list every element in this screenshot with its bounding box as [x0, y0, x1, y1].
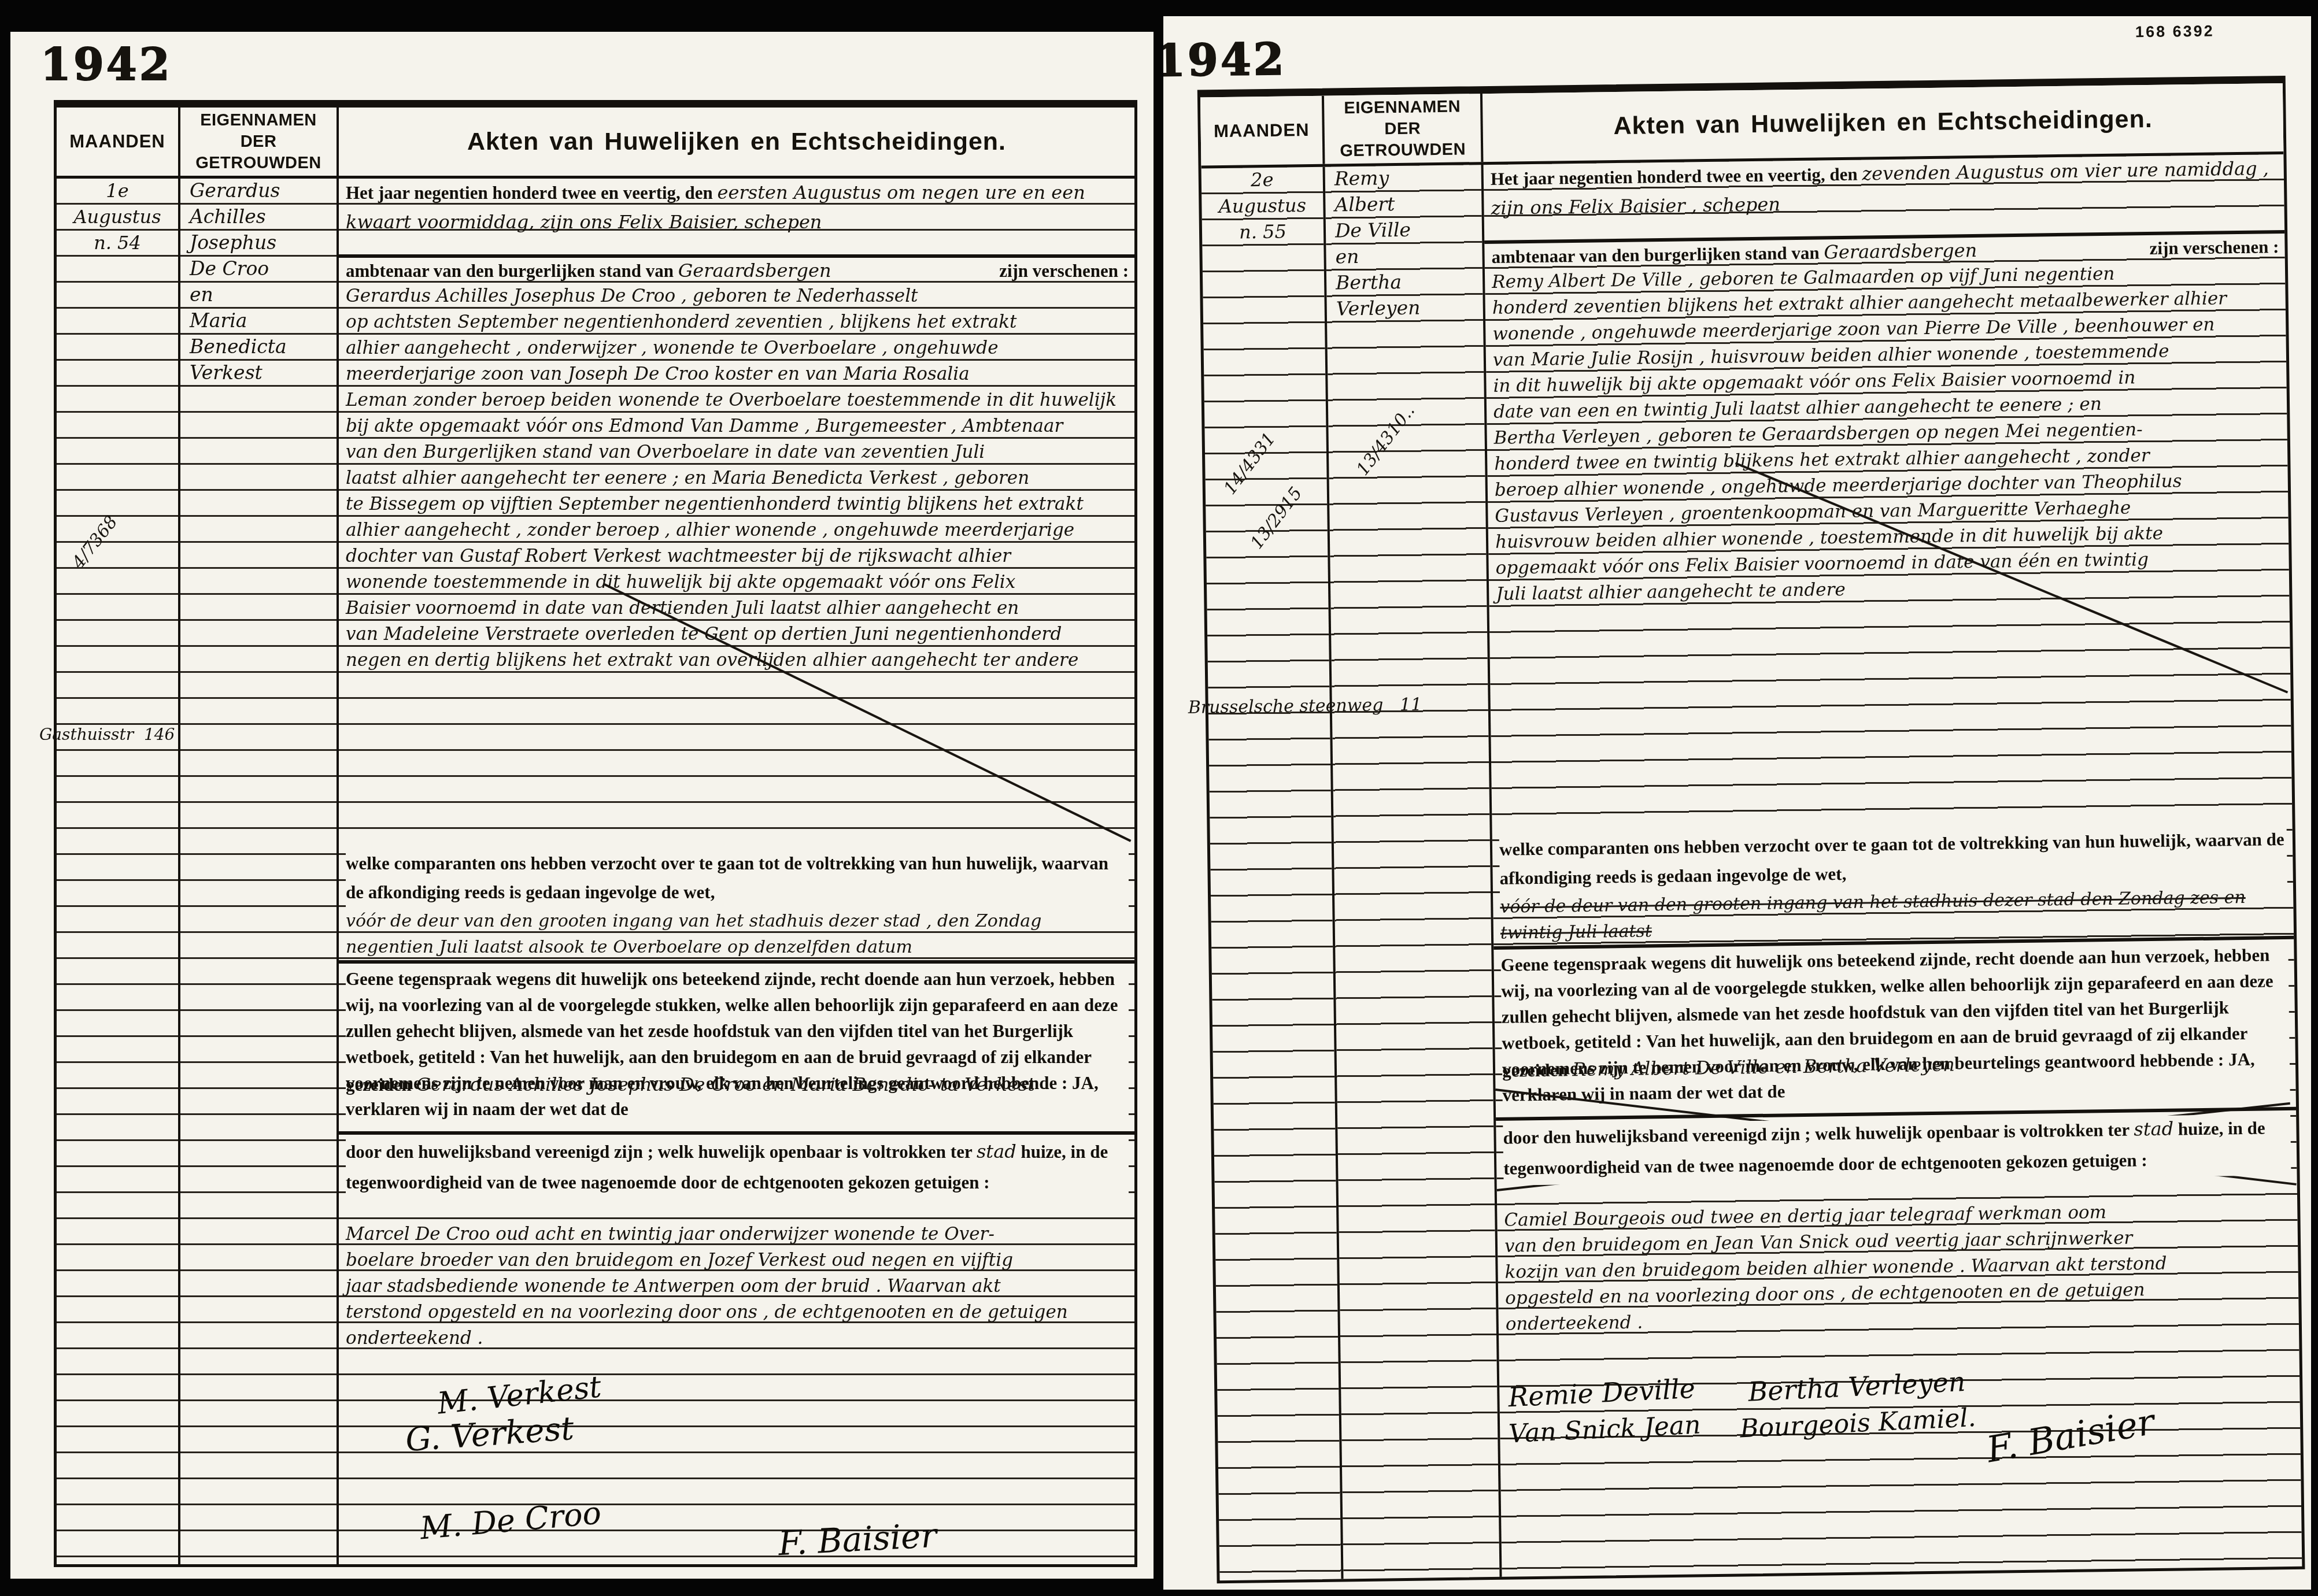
act-union-printed: door den huwelijksband vereenigd zijn ; …: [346, 1138, 1129, 1199]
officer-left: ambtenaar van den burgerlijken stand van…: [346, 258, 831, 284]
month-entry-line: n. 54: [57, 231, 178, 257]
act-column: Het jaar negentien honderd twee en veert…: [339, 179, 1134, 1564]
act-body-line: alhier aangehecht , zonder beroep , alhi…: [346, 518, 1129, 544]
act-body-line: op achtsten September negentienhonderd z…: [346, 310, 1129, 336]
register-page-left: 1942 MAANDEN EIGENNAMEN DER GETROUWDEN A…: [10, 32, 1154, 1579]
months-column: 2eAugustusn. 55: [1201, 167, 1344, 1581]
witness-line: boelare broeder van den bruidegom en Joz…: [346, 1248, 1129, 1274]
month-entry-line: 2e: [1201, 167, 1323, 195]
officer-printed-tail: zijn verschenen :: [999, 258, 1129, 284]
header-names: EIGENNAMEN DER GETROUWDEN: [180, 108, 339, 176]
act-body-line: dochter van Gustaf Robert Verkest wachtm…: [346, 544, 1129, 570]
officer-printed-text: ambtenaar van den burgerlijken stand van: [1491, 242, 1824, 267]
act-body-line: alhier aangehecht , onderwijzer , wonend…: [346, 336, 1129, 362]
month-entry-line: n. 55: [1202, 219, 1324, 247]
act-intro: Het jaar negentien honderd twee en veert…: [1491, 155, 2279, 225]
page-left-content: 1942 MAANDEN EIGENNAMEN DER GETROUWDEN A…: [10, 32, 1154, 1579]
union-printed-a: door den huwelijksband vereenigd zijn ; …: [346, 1142, 977, 1162]
register-page-right: 1942 168 6392 MAANDEN EIGENNAMEN DER GET…: [1163, 16, 2311, 1590]
signature-officer: F. Baisier: [1983, 1401, 2157, 1471]
table-body: 2eAugustusn. 55 RemyAlbertDe VilleenBert…: [1201, 154, 2302, 1580]
act-body-line: bij akte opgemaakt vóór ons Edmond Van D…: [346, 414, 1129, 440]
year-label: 1942: [40, 39, 172, 90]
act-body-line: laatst alhier aangehecht ter eenere ; en…: [346, 466, 1129, 492]
intro-printed-text: Het jaar negentien honderd twee en veert…: [1491, 164, 1862, 188]
months-column: 1eAugustusn. 54: [57, 179, 180, 1564]
union-place-fill: stad: [2134, 1118, 2173, 1140]
page-right-content: 1942 168 6392 MAANDEN EIGENNAMEN DER GET…: [1163, 16, 2311, 1590]
couple-name-line: Achilles: [180, 205, 337, 231]
consent-label: gezeiden: [1502, 1060, 1573, 1081]
margin-street-note: Gasthuisstr 146: [39, 725, 175, 744]
officer-place-fill: Geraardsbergen: [1824, 239, 1977, 263]
margin-street-note: Brusselsche steenweg 11: [1188, 695, 1422, 718]
intro-printed-text: Het jaar negentien honderd twee en veert…: [346, 183, 718, 203]
union-printed-a: door den huwelijksband vereenigd zijn ; …: [1503, 1119, 2134, 1147]
act-body-line: van den Burgerlijken stand van Overboela…: [346, 440, 1129, 466]
officer-printed-text: ambtenaar van den burgerlijken stand van: [346, 261, 678, 281]
act-request-fill: vóór de deur van den grooten ingang van …: [1500, 884, 2288, 946]
signature-bride: Bertha Verleyen: [1747, 1366, 1966, 1408]
act-body-line: Baisier voornoemd in date van dertienden…: [346, 596, 1129, 622]
register-table: MAANDEN EIGENNAMEN DER GETROUWDEN Akten …: [54, 100, 1137, 1567]
header-names-line2: DER GETROUWDEN: [180, 131, 337, 174]
couple-name-line: Josephus: [180, 231, 337, 257]
year-label: 1942: [1163, 34, 1286, 87]
act-body-line: Gerardus Achilles Josephus De Croo , geb…: [346, 284, 1129, 310]
header-months: MAANDEN: [1200, 96, 1325, 166]
header-names-line1: EIGENNAMEN: [1344, 96, 1461, 119]
act-witnesses-handwriting: Marcel De Croo oud acht en twintig jaar …: [346, 1222, 1129, 1352]
consent-label: gezeiden: [346, 1075, 416, 1095]
section-rule: [339, 1131, 1134, 1135]
act-union-printed: door den huwelijksband vereenigd zijn ; …: [1503, 1114, 2291, 1186]
table-header-row: MAANDEN EIGENNAMEN DER GETROUWDEN Akten …: [57, 108, 1134, 179]
couple-name-line: Albert: [1325, 191, 1482, 219]
header-names-line2: DER GETROUWDEN: [1324, 117, 1481, 162]
act-body-line: negen en dertig blijkens het extrakt van…: [346, 648, 1129, 674]
names-column: RemyAlbertDe VilleenBerthaVerleyen: [1325, 165, 1502, 1579]
signature-witness-1: Van Snick Jean: [1508, 1410, 1701, 1449]
table-body: 1eAugustusn. 54 GerardusAchillesJosephus…: [57, 179, 1134, 1564]
witness-line: Marcel De Croo oud acht en twintig jaar …: [346, 1222, 1129, 1248]
film-scan-canvas: { "scan": { "film_number": "168 6392", "…: [0, 0, 2318, 1596]
witness-line: terstond opgesteld en na voorlezing door…: [346, 1300, 1129, 1326]
signature-groom-family: G. Verkest: [404, 1410, 575, 1459]
act-request-fill: vóór de deur van den grooten ingang van …: [346, 908, 1129, 960]
witness-line: jaar stadsbediende wonende te Antwerpen …: [346, 1274, 1129, 1300]
month-entry-line: Augustus: [57, 205, 178, 231]
couple-name-line: Maria: [180, 309, 337, 335]
month-entry-line: 1e: [57, 179, 178, 205]
header-names-line1: EIGENNAMEN: [200, 110, 317, 131]
film-frame-number: 168 6392: [2135, 22, 2215, 41]
signature-witness: M. De Croo: [419, 1494, 602, 1546]
couple-name-line: Verkest: [180, 361, 337, 387]
couple-name-line: Benedicta: [180, 335, 337, 361]
act-column: Het jaar negentien honderd twee en veert…: [1484, 154, 2302, 1577]
couple-name-line: Remy: [1325, 165, 1482, 193]
header-names: EIGENNAMEN DER GETROUWDEN: [1324, 94, 1484, 164]
act-consent-fill: gezeiden Gerardus Achilles Josephus De C…: [346, 1072, 1129, 1101]
consent-names-fill: Remy Albert De Ville en Bertha Verleyen: [1572, 1054, 1955, 1081]
table-header-row: MAANDEN EIGENNAMEN DER GETROUWDEN Akten …: [1200, 83, 2283, 168]
couple-name-line: en: [180, 283, 337, 309]
month-entry-line: Augustus: [1201, 193, 1323, 221]
act-officer-line: ambtenaar van den burgerlijken stand van…: [346, 258, 1129, 284]
officer-place-fill: Geraardsbergen: [678, 260, 831, 282]
officer-printed-tail: zijn verschenen :: [2149, 234, 2279, 261]
signature-groom: Remie Deville: [1507, 1373, 1696, 1413]
signature-officer: F. Baisier: [777, 1516, 937, 1563]
act-request-printed: welke comparanten ons hebben verzocht ov…: [1499, 825, 2287, 895]
header-acts-title: Akten van Huwelijken en Echtscheidingen.: [339, 108, 1134, 176]
couple-name-line: Gerardus: [180, 179, 337, 205]
act-body-line: meerderjarige zoon van Joseph De Croo ko…: [346, 362, 1129, 388]
act-intro: Het jaar negentien honderd twee en veert…: [346, 180, 1129, 239]
act-body-line: te Bissegem op vijftien September negent…: [346, 492, 1129, 518]
act-witnesses-handwriting: Camiel Bourgeois oud twee en dertig jaar…: [1504, 1198, 2293, 1338]
consent-names-fill: Gerardus Achilles Josephus De Croo en Ma…: [416, 1073, 1035, 1095]
couple-name-line: De Croo: [180, 257, 337, 283]
act-body-handwriting: Gerardus Achilles Josephus De Croo , geb…: [346, 284, 1129, 674]
header-acts-title: Akten van Huwelijken en Echtscheidingen.: [1483, 83, 2283, 162]
act-body-line: Leman zonder beroep beiden wonende te Ov…: [346, 388, 1129, 414]
witness-line: onderteekend .: [346, 1326, 1129, 1352]
act-body-line: van Madeleine Verstraete overleden te Ge…: [346, 622, 1129, 648]
act-body-handwriting: Remy Albert De Ville , geboren te Galmaa…: [1492, 260, 2284, 608]
section-rule: [339, 960, 1134, 964]
union-place-fill: stad: [977, 1140, 1016, 1162]
signature-witness-2: Bourgeois Kamiel.: [1739, 1403, 1977, 1444]
act-body-line: wonende toestemmende in dit huwelijk bij…: [346, 570, 1129, 596]
header-months: MAANDEN: [57, 108, 180, 176]
couple-name-line: Bertha: [1326, 269, 1483, 297]
couple-name-line: De Ville: [1326, 217, 1483, 245]
register-table: MAANDEN EIGENNAMEN DER GETROUWDEN Akten …: [1197, 76, 2305, 1583]
act-request-printed: welke comparanten ons hebben verzocht ov…: [346, 849, 1129, 909]
couple-name-line: en: [1326, 243, 1483, 271]
names-column: GerardusAchillesJosephusDe CrooenMariaBe…: [180, 179, 339, 1564]
couple-name-line: Verleyen: [1326, 295, 1483, 323]
